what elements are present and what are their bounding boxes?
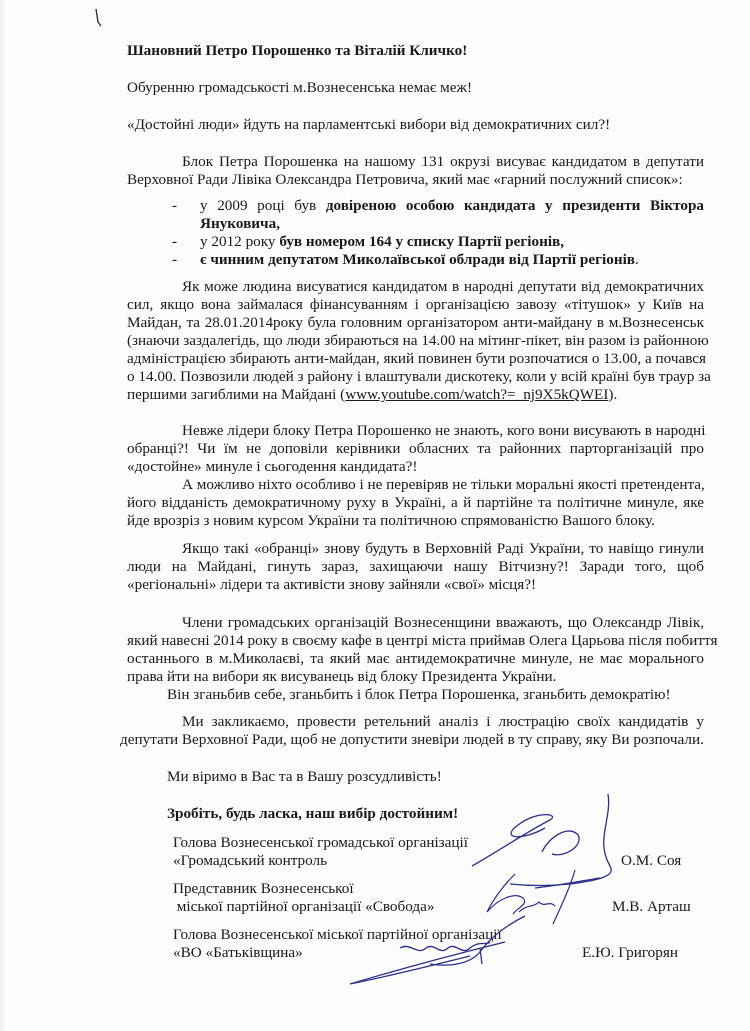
para-8-line-1: Ми закликаємо, провести ретельний аналіз… (182, 713, 704, 731)
signatory-2-name: М.В. Арташ (612, 898, 691, 916)
bullet-dash: - (172, 233, 177, 251)
para-6-line-4: права йти на вибори як висуванець від бл… (127, 668, 556, 686)
signatory-1-title-1: Голова Вознесенської громадської організ… (173, 834, 468, 852)
para-5-line-2: люди на Майдані, гинуть зараз, захищаючи… (127, 558, 704, 576)
signatory-2-title-1: Представник Вознесенської (173, 880, 354, 898)
pen-mark-icon (93, 8, 107, 30)
bullet-dash: - (172, 251, 177, 269)
para-4-line-1: А можливо ніхто особливо і не перевіряв … (182, 476, 704, 494)
signature-soya-icon (460, 780, 660, 890)
para-2-line-6: о 14.00. Позвозили людей з району і влаш… (127, 368, 704, 386)
document-page: Шановний Петро Порошенко та Віталій Клич… (0, 0, 750, 1031)
para-3-line-1: Невже лідери блоку Петра Порошенко не зн… (182, 422, 704, 440)
para-1-line-1: Блок Петра Порошенка на нашому 131 окруз… (182, 153, 704, 171)
bullet-3: є чинним депутатом Миколаївської облради… (200, 251, 639, 269)
intro-line-2: «Достойні люди» йдуть на парламентські в… (127, 116, 610, 134)
scan-edge (0, 0, 6, 1031)
signatory-1-name: О.М. Соя (621, 852, 681, 870)
closing-line-1: Ми віримо в Вас та в Вашу розсудливість! (167, 768, 442, 786)
para-2-line-4: (знаючи заздалегідь, що люди збираються … (127, 332, 704, 350)
signatory-1-title-2: «Громадський контроль (173, 852, 327, 870)
para-6-line-2: який навесні 2014 року в своєму кафе в ц… (127, 632, 704, 650)
signatory-3-title-2: «ВО «Батьківщина» (173, 944, 303, 962)
signatory-2-title-2: міської партійної організації «Свобода» (173, 898, 434, 916)
bullet-dash: - (172, 197, 177, 215)
para-4-line-3: йде врозріз з новим курсом України та по… (127, 512, 655, 530)
para-6-line-3: останнього в м.Миколаєві, та який має ан… (127, 650, 704, 668)
bullet-1-line-2: Януковича, (200, 215, 280, 233)
para-2-line-3: Майдан, та 28.01.2014року була головним … (127, 314, 704, 332)
para-4-line-2: його відданість демократичному руху в Ук… (127, 494, 704, 512)
para-2-line-7: першими загиблими на Майдані (www.youtub… (127, 386, 617, 404)
para-6-line-1: Члени громадських організацій Вознесенщи… (182, 614, 704, 632)
bullet-2: у 2012 року був номером 164 у списку Пар… (200, 233, 564, 251)
para-5-line-3: «регіональні» лідери та активісти знову … (127, 576, 536, 594)
signatory-3-name: Е.Ю. Григорян (582, 944, 678, 962)
para-1-line-2: Верховної Ради Лівіка Олександра Петрови… (127, 171, 683, 189)
signature-hryhorian-icon (330, 912, 540, 987)
greeting: Шановний Петро Порошенко та Віталій Клич… (127, 42, 467, 60)
para-2-line-1: Як може людина висуватися кандидатом в н… (182, 278, 704, 296)
closing-line-2: Зробіть, будь ласка, наш вибір достойним… (167, 805, 458, 823)
signatory-3-title-1: Голова Вознесенської міської партійної о… (173, 926, 502, 944)
para-2-line-5: адміністрацією збирають анти-майдан, яки… (127, 350, 704, 368)
bullet-1-line-1: у 2009 році був довіреною особою кандида… (200, 197, 704, 215)
para-2-line-2: сил, якщо вона займалася фінансуванням і… (127, 296, 704, 314)
para-3-line-3: «достойне» минуле і сьогодення кандидата… (127, 458, 417, 476)
para-7: Він зганьбив себе, зганьбить і блок Петр… (167, 686, 671, 704)
para-3-line-2: обранці?! Чи їм не доповіли керівники об… (127, 440, 704, 458)
youtube-link[interactable]: www.youtube.com/watch?=_nj9X5kQWEI (345, 386, 608, 403)
para-8-line-2: депутати Верховної Ради, щоб не допустит… (120, 731, 704, 749)
intro-line-1: Обуренню громадськості м.Вознесенська не… (127, 79, 472, 97)
para-5-line-1: Якщо такі «обранці» знову будуть в Верхо… (182, 540, 704, 558)
